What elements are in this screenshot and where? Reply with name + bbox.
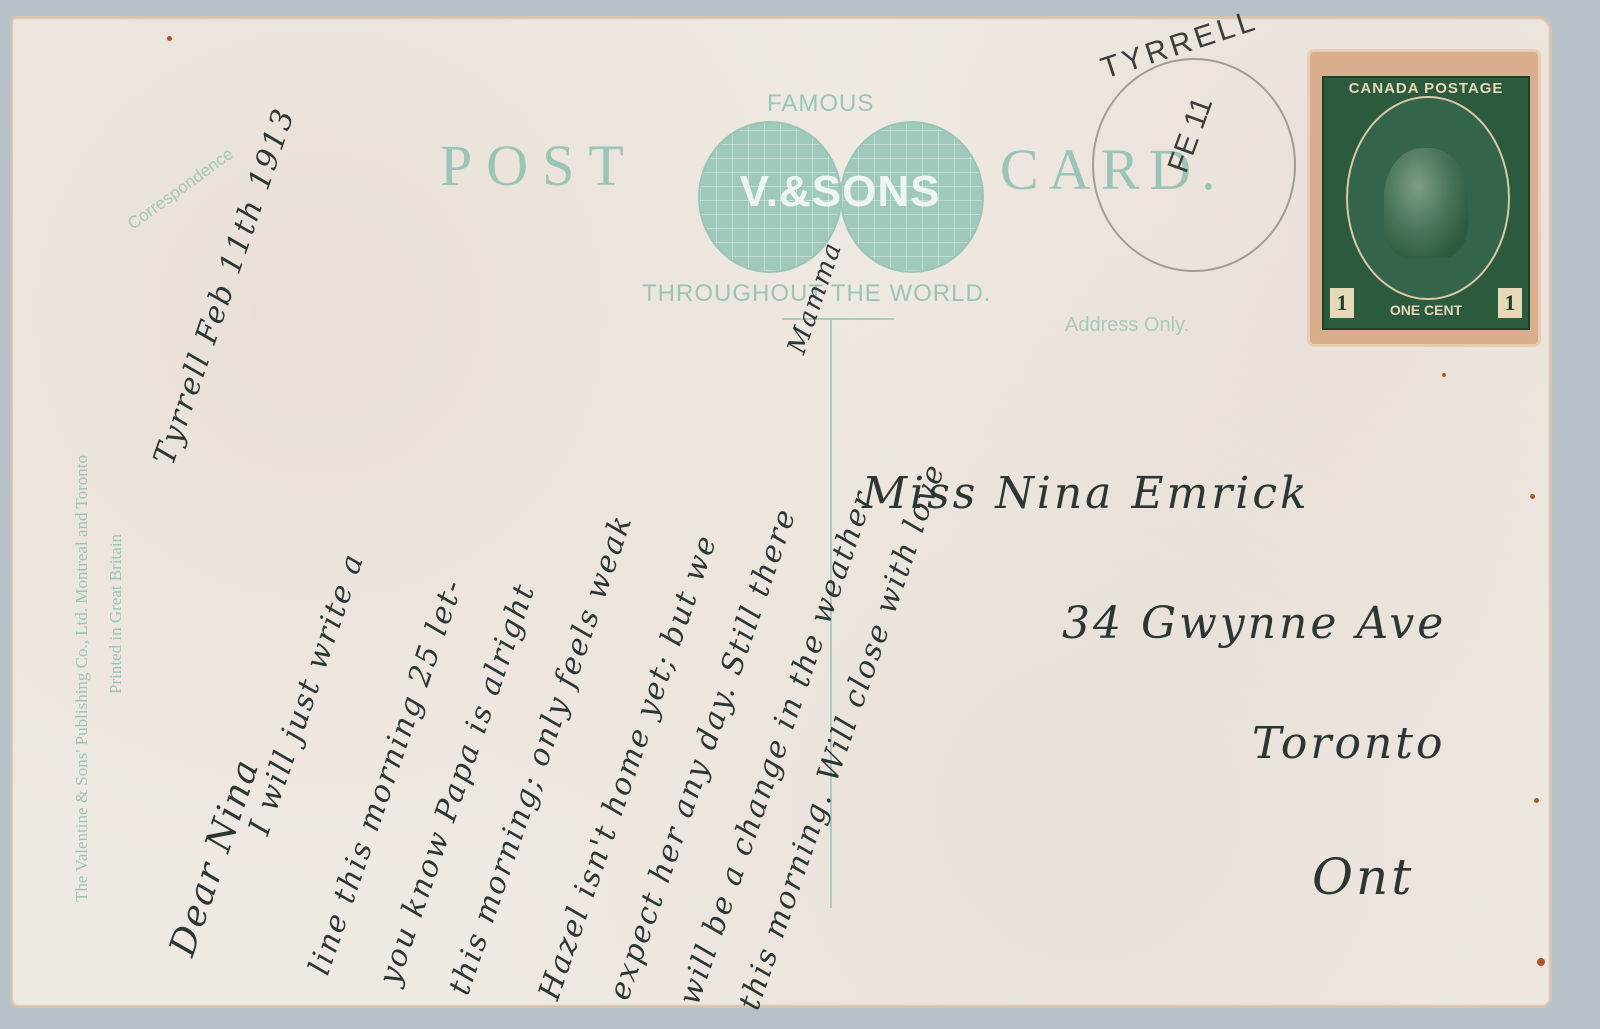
correspondence-label: Correspondence: [124, 144, 237, 234]
stamp-value-right: 1: [1498, 288, 1522, 318]
printed-in-line: Printed in Great Britain: [106, 534, 126, 694]
recipient-province: Ont: [1312, 848, 1414, 906]
stamp-value-left: 1: [1330, 288, 1354, 318]
post-label: POST: [440, 132, 638, 199]
publisher-line: The Valentine & Sons' Publishing Co., Lt…: [72, 455, 92, 902]
message-line: I will just write a: [242, 548, 371, 839]
recipient-name: Miss Nina Emrick: [862, 468, 1310, 519]
address-only-label: Address Only.: [1065, 314, 1189, 337]
recipient-city: Toronto: [1252, 718, 1445, 769]
king-portrait-icon: [1384, 148, 1468, 258]
stamp-frame: CANADA POSTAGE 1 ONE CENT 1: [1322, 76, 1530, 330]
stain: [1534, 798, 1539, 803]
stamp-country-text: CANADA POSTAGE: [1324, 80, 1528, 97]
stamp-denomination: ONE CENT: [1364, 303, 1488, 318]
stain: [167, 36, 172, 41]
recipient-street: 34 Gwynne Ave: [1062, 598, 1446, 649]
postage-stamp: CANADA POSTAGE 1 ONE CENT 1: [1310, 52, 1538, 344]
logo-text: V.&SONS: [698, 167, 982, 217]
postcard: FAMOUS POST V.&SONS CARD. THROUGHOUT THE…: [10, 16, 1552, 1008]
stain: [1530, 494, 1535, 499]
stain: [1537, 958, 1545, 966]
famous-label: FAMOUS: [767, 90, 874, 118]
message-salutation: Dear Nina: [162, 753, 268, 961]
stain: [1442, 373, 1446, 377]
